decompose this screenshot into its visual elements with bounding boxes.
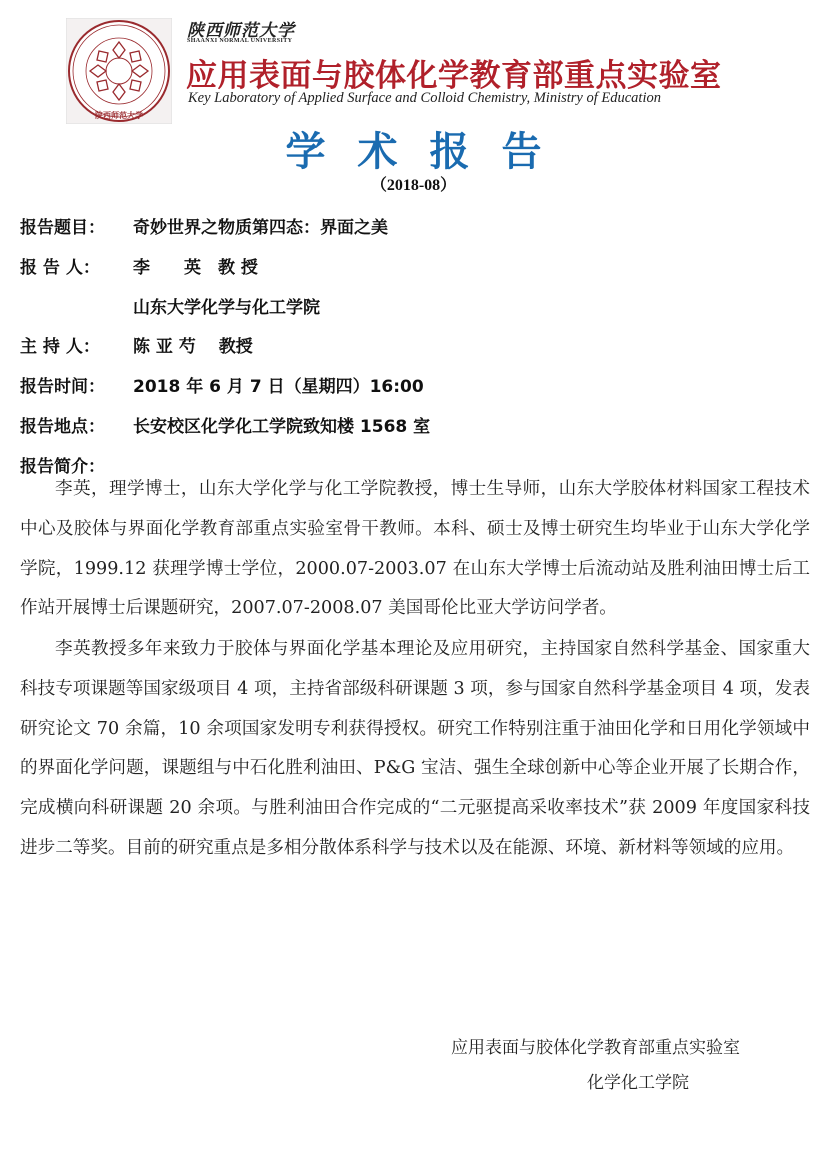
field-topic: 报告题目：奇妙世界之物质第四态：界面之美 [20,213,388,238]
document-title: 学术报告 [0,120,827,177]
lab-name-en: Key Laboratory of Applied Surface and Co… [188,90,661,107]
lab-seal-icon: 陕西师范大学 [66,18,172,124]
field-speaker: 报 告 人：李 英 教 授 [20,253,258,278]
field-label: 报告地点： [20,412,133,437]
field-speaker-affiliation: 山东大学化学与化工学院 [20,293,320,318]
intro-paragraph-1: 李英，理学博士，山东大学化学与化工学院教授，博士生导师，山东大学胶体材料国家工程… [20,470,810,629]
signature-lab: 应用表面与胶体化学教育部重点实验室 [451,1033,740,1058]
university-name-en: SHAANXI NORMAL UNIVERSITY [187,38,292,44]
svg-text:陕西师范大学: 陕西师范大学 [95,110,143,120]
field-label: 报告题目： [20,213,133,238]
field-label: 主 持 人： [20,332,133,357]
field-label: 报 告 人： [20,253,133,278]
field-time: 报告时间：2018 年 6 月 7 日（星期四）16:00 [20,372,424,397]
intro-paragraph-2: 李英教授多年来致力于胶体与界面化学基本理论及应用研究，主持国家自然科学基金、国家… [20,630,810,869]
field-value: 长安校区化学化工学院致知楼 1568 室 [133,412,430,437]
field-value: 陈 亚 芍 教授 [133,332,253,357]
field-value: 2018 年 6 月 7 日（星期四）16:00 [133,372,424,397]
lab-name-cn: 应用表面与胶体化学教育部重点实验室 [186,50,722,95]
field-value: 山东大学化学与化工学院 [133,293,320,318]
field-location: 报告地点：长安校区化学化工学院致知楼 1568 室 [20,412,430,437]
signature-school: 化学化工学院 [587,1068,689,1093]
field-value: 李 英 教 授 [133,253,258,278]
issue-number: （2018-08） [0,172,827,195]
field-label: 报告时间： [20,372,133,397]
field-value: 奇妙世界之物质第四态：界面之美 [133,213,388,238]
field-host: 主 持 人：陈 亚 芍 教授 [20,332,253,357]
lab-logo: 陕西师范大学 [66,18,172,124]
